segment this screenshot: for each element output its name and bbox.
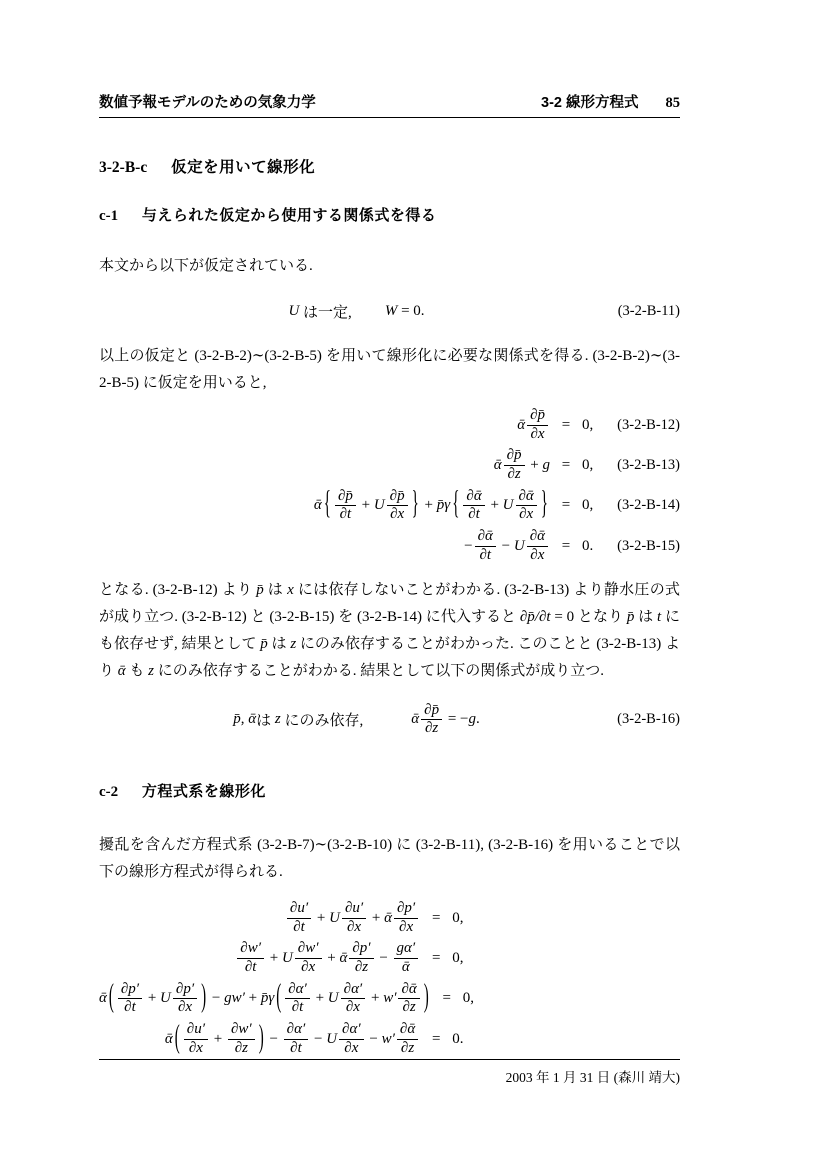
math-jp-text: を — [334, 609, 357, 625]
equation-rhs: 0. — [452, 1031, 680, 1048]
math-roman-text: ∂ — [235, 1040, 242, 1056]
math-italic-text: x — [538, 426, 545, 442]
math-roman-text: ∂ — [352, 940, 359, 956]
fraction-denominator: ∂t — [284, 1039, 309, 1058]
equation-lhs: −∂ᾱ∂t − U∂ᾱ∂x — [99, 528, 550, 564]
subsection-title: 与えられた仮定から使用する関係式を得る — [142, 207, 437, 224]
fraction-numerator: ∂ᾱ — [527, 528, 548, 546]
math-jp-text: には依存しないことがわかる. — [294, 582, 504, 598]
document-page: 数値予報モデルのための気象力学 3-2 線形方程式 85 3-2-B-c 仮定を… — [99, 0, 680, 1061]
math-italic-text: p̄ — [397, 488, 405, 504]
math-italic-text: ᾱ — [384, 910, 392, 927]
math-roman-text: + — [368, 910, 384, 927]
math-roman-text: (3-2-B-13) — [504, 582, 569, 598]
header-book-title: 数値予報モデルのための気象力学 — [99, 91, 316, 112]
open-delimiter-icon: { — [452, 488, 459, 525]
equation-relation: = — [426, 910, 446, 927]
fraction-numerator: ∂w′ — [237, 940, 264, 958]
equation-lhs: ᾱ(∂p′∂t + U∂p′∂x) − gw′ + p̄γ(∂α′∂t + U… — [99, 981, 431, 1017]
fraction-numerator: ∂ᾱ — [516, 488, 537, 506]
math-jp-text: 本文から以下が仮定されている. — [99, 258, 313, 274]
fraction-denominator: ∂t — [118, 998, 142, 1017]
math-roman-text: = 0. — [397, 303, 424, 320]
math-jp-text: と — [247, 609, 270, 625]
equation-lhs: ᾱ{∂p̄∂t + U∂p̄∂x} + p̄γ{∂ᾱ∂t + U∂ᾱ∂x} — [99, 488, 550, 524]
math-jp-text: にのみ依存することがわかった. このことと — [296, 636, 596, 652]
equation-lhs: ∂u′∂t + U∂u′∂x + ᾱ∂p′∂x — [99, 900, 420, 936]
math-fraction: ∂ᾱ∂t — [475, 528, 496, 564]
delimited-group-body: ∂α′∂t + U∂α′∂x + w′∂ᾱ∂z — [283, 981, 422, 1017]
equation-rhs: 0, — [582, 417, 608, 434]
math-jp-text: に — [392, 837, 416, 853]
page-footer: 2003 年 1 月 31 日 (森川 靖大) — [99, 1059, 680, 1086]
fraction-numerator: ∂p′ — [118, 981, 142, 999]
paragraph-assumptions-intro: 本文から以下が仮定されている. — [99, 253, 680, 280]
math-italic-text: w′ — [382, 1031, 395, 1048]
fraction-numerator: ∂p′ — [173, 981, 197, 999]
page-background: { "header": { "left_title": "数値予報モデルのための… — [0, 0, 826, 1169]
math-jp-text: も — [126, 663, 149, 679]
math-roman-text: − — [464, 538, 472, 555]
math-roman-text: = − — [444, 711, 468, 728]
fraction-numerator: ∂ᾱ — [398, 981, 419, 999]
fraction-numerator: ∂w′ — [295, 940, 322, 958]
math-fraction: ∂p̄∂z — [421, 702, 442, 738]
math-italic-text: w′ — [248, 940, 261, 956]
math-italic-text: t — [347, 506, 351, 522]
equation-row: ᾱ{∂p̄∂t + U∂p̄∂x} + p̄γ{∂ᾱ∂t + U∂ᾱ∂x}… — [99, 488, 680, 524]
math-roman-text: ∂ — [240, 940, 247, 956]
math-italic-text: α′ — [296, 981, 307, 997]
fraction-denominator: ∂x — [394, 918, 418, 937]
math-italic-text: U — [328, 990, 339, 1007]
math-fraction: ∂α′∂t — [284, 1021, 309, 1057]
fraction-numerator: ∂u′ — [342, 900, 366, 918]
open-delimiter-icon: { — [324, 488, 331, 525]
equation-rhs: 0, — [463, 990, 680, 1007]
fraction-denominator: ∂z — [398, 998, 419, 1017]
math-roman-text: ∂ — [530, 547, 537, 563]
open-delimiter-icon: ( — [109, 981, 114, 1018]
equation-3-2-B-11: U は一定,W = 0. (3-2-B-11) — [99, 301, 680, 322]
fraction-denominator: ∂t — [285, 998, 310, 1017]
math-roman-text: ∂ — [519, 488, 526, 504]
equation-tag: (3-2-B-13) — [614, 457, 680, 474]
delimited-group-body: ∂ᾱ∂t + U∂ᾱ∂x — [461, 488, 538, 524]
math-jp-text: 擾乱を含んだ方程式系 — [99, 837, 257, 853]
equation-relation: = — [426, 1031, 446, 1048]
math-jp-text: に仮定を用いると, — [139, 375, 267, 391]
math-fraction: ∂p̄∂x — [527, 407, 548, 443]
math-jp-text: は — [634, 609, 657, 625]
math-italic-text: t — [487, 547, 491, 563]
math-italic-text: p̄ — [256, 582, 264, 598]
math-roman-text: + — [367, 990, 383, 1007]
fraction-numerator: ∂α′ — [284, 1021, 309, 1039]
math-fraction: ∂w′∂t — [237, 940, 264, 976]
fraction-denominator: ∂z — [228, 1039, 255, 1058]
equation-lhs: ᾱ∂p̄∂x — [99, 407, 550, 443]
equation-row: ᾱ(∂p′∂t + U∂p′∂x) − gw′ + p̄γ(∂α′∂t + U… — [99, 981, 680, 1017]
fraction-denominator: ∂z — [504, 465, 525, 484]
math-italic-text: x — [309, 959, 316, 975]
math-roman-text: ∂ — [124, 999, 131, 1015]
math-fraction: ∂p̄∂x — [387, 488, 408, 524]
math-roman-text: ∂ — [287, 1021, 294, 1037]
equation-relation: = — [556, 538, 576, 555]
math-jp-text: は一定, — [299, 301, 352, 322]
math-italic-text: x — [527, 506, 534, 522]
math-roman-text: − — [266, 1031, 282, 1048]
fraction-denominator: ∂z — [397, 1039, 418, 1058]
subsection-number: c-2 — [99, 784, 118, 800]
equation-row: ∂u′∂t + U∂u′∂x + ᾱ∂p′∂x=0, — [99, 900, 680, 936]
equation-rhs: 0, — [582, 497, 608, 514]
math-italic-text: U — [329, 910, 340, 927]
math-italic-text: U — [503, 497, 514, 514]
math-jp-text: は — [264, 582, 287, 598]
paragraph-derivation: となる. (3-2-B-12) より p̄ は x には依存しないことがわかる.… — [99, 577, 680, 685]
equation-3-2-B-16: p̄, ᾱは z にのみ依存,ᾱ∂p̄∂z = −g. (3-2-B-16) — [99, 702, 680, 738]
fraction-numerator: ∂α′ — [285, 981, 310, 999]
math-italic-text: x — [398, 506, 405, 522]
fraction-denominator: ∂t — [463, 505, 484, 524]
fraction-denominator: ∂x — [339, 1039, 364, 1058]
open-delimiter-icon: ( — [175, 1021, 180, 1058]
fraction-denominator: ᾱ — [394, 958, 419, 977]
math-fraction: ∂w′∂x — [295, 940, 322, 976]
math-italic-text: t — [299, 999, 303, 1015]
math-jp-text: を用いて線形化に必要な関係式を得る. — [322, 348, 593, 364]
math-italic-text: x — [287, 582, 294, 598]
math-italic-text: x — [353, 999, 360, 1015]
fraction-numerator: ∂u′ — [287, 900, 311, 918]
math-roman-text: ∂ — [530, 528, 537, 544]
header-section-title: 3-2 線形方程式 — [541, 91, 639, 112]
math-jp-text: は — [268, 636, 291, 652]
equation-row: −∂ᾱ∂t − U∂ᾱ∂x=0.(3-2-B-15) — [99, 528, 680, 564]
math-roman-text: ∂ — [288, 981, 295, 997]
math-delimited-group: (∂α′∂t + U∂α′∂x + w′∂ᾱ∂z) — [274, 981, 431, 1017]
fraction-denominator: ∂x — [295, 958, 322, 977]
math-italic-text: x — [354, 919, 361, 935]
header-right-group: 3-2 線形方程式 85 — [541, 91, 680, 112]
math-italic-text: gw′ — [224, 990, 245, 1007]
math-italic-text: ᾱ — [409, 981, 417, 997]
math-delimited-group: (∂p′∂t + U∂p′∂x) — [107, 981, 208, 1017]
equation-row: ᾱ∂p̄∂x=0,(3-2-B-12) — [99, 407, 680, 443]
close-delimiter-icon: ) — [201, 981, 206, 1018]
equation-relation: = — [426, 950, 446, 967]
equation-relation: = — [556, 417, 576, 434]
math-roman-text: + — [358, 497, 374, 514]
equation-group-linear-system: ∂u′∂t + U∂u′∂x + ᾱ∂p′∂x=0,∂w′∂t + U∂w′∂… — [99, 900, 680, 1058]
math-roman-text: ∂ — [466, 488, 473, 504]
math-roman-text: − — [310, 1031, 326, 1048]
math-delimited-group: {∂p̄∂t + U∂p̄∂x} — [322, 488, 421, 524]
math-roman-text: ∂ — [340, 506, 347, 522]
equation-lhs: ∂w′∂t + U∂w′∂x + ᾱ∂p′∂z − gα′ᾱ — [99, 940, 420, 976]
math-roman-text: (3-2-B-13) — [596, 636, 661, 652]
math-roman-text: + — [245, 990, 261, 1007]
math-fraction: ∂α′∂x — [341, 981, 366, 1017]
math-italic-text: ᾱ — [314, 497, 322, 514]
math-italic-text: p̄ — [514, 447, 522, 463]
math-fraction: ∂p′∂x — [394, 900, 418, 936]
math-roman-text: ∂ — [530, 426, 537, 442]
math-roman-text: (3-2-B-15) — [269, 609, 334, 625]
fraction-denominator: ∂x — [527, 546, 548, 565]
math-fraction: ∂u′∂x — [184, 1021, 208, 1057]
math-fraction: ∂ᾱ∂x — [516, 488, 537, 524]
equation-tag: (3-2-B-11) — [614, 303, 680, 320]
math-italic-text: p̄ — [432, 702, 440, 718]
math-italic-text: z — [242, 1040, 248, 1056]
math-roman-text: ∂ — [301, 959, 308, 975]
fraction-denominator: ∂t — [237, 958, 264, 977]
equation-tag: (3-2-B-12) — [614, 417, 680, 434]
fraction-denominator: ∂x — [341, 998, 366, 1017]
equation-relation: = — [556, 457, 576, 474]
math-roman-text: + — [324, 950, 340, 967]
math-italic-text: ᾱ — [339, 950, 347, 967]
math-roman-text: ∂ — [390, 488, 397, 504]
math-fraction: ∂α′∂x — [339, 1021, 364, 1057]
equation-rhs: 0, — [452, 950, 680, 967]
math-roman-text: ∂ — [403, 999, 410, 1015]
math-fraction: ∂p̄∂z — [504, 447, 525, 483]
math-fraction: ∂ᾱ∂z — [397, 1021, 418, 1057]
math-italic-text: z — [515, 466, 521, 482]
math-italic-text: U — [326, 1031, 337, 1048]
fraction-denominator: ∂z — [349, 958, 373, 977]
fraction-numerator: ∂p̄ — [335, 488, 356, 506]
math-fraction: ∂w′∂z — [228, 1021, 255, 1057]
math-italic-text: p̄ — [260, 636, 268, 652]
math-italic-text: ᾱ — [411, 711, 419, 728]
math-italic-text: ᾱ — [407, 1021, 415, 1037]
math-italic-text: w′ — [305, 940, 318, 956]
fraction-denominator: ∂x — [184, 1039, 208, 1058]
math-roman-text: = 0 — [551, 609, 575, 625]
equation-rhs: 0, — [452, 910, 680, 927]
equation-lhs: ᾱ∂p̄∂z + g — [99, 447, 550, 483]
math-italic-text: p′ — [404, 900, 415, 916]
math-roman-text: + — [421, 497, 437, 514]
equation-rhs: 0. — [582, 538, 608, 555]
math-roman-text: + — [312, 990, 328, 1007]
math-roman-text: + — [487, 497, 503, 514]
math-delimited-group: {∂ᾱ∂t + U∂ᾱ∂x} — [450, 488, 550, 524]
footer-date-author: 2003 年 1 月 31 日 (森川 靖大) — [506, 1070, 680, 1085]
math-roman-text: − — [366, 1031, 382, 1048]
math-roman-text: (3-2-B-7)∼(3-2-B-10) — [257, 837, 392, 853]
math-italic-text: ᾱ — [248, 711, 256, 728]
math-roman-text: + — [210, 1031, 226, 1048]
math-italic-text: t — [252, 959, 256, 975]
equation-tag: (3-2-B-15) — [614, 538, 680, 555]
close-delimiter-icon: } — [412, 488, 419, 525]
page-header: 数値予報モデルのための気象力学 3-2 線形方程式 85 — [99, 0, 680, 118]
math-roman-text: ∂ — [390, 506, 397, 522]
section-number: 3-2-B-c — [99, 159, 147, 176]
math-italic-text: U — [514, 538, 525, 555]
math-italic-text: u′ — [352, 900, 363, 916]
math-fraction: ∂ᾱ∂z — [398, 981, 419, 1017]
fraction-numerator: ∂ᾱ — [397, 1021, 418, 1039]
math-italic-text: U — [160, 990, 171, 1007]
math-italic-text: z — [362, 959, 368, 975]
math-roman-text: ∂ — [424, 702, 431, 718]
math-fraction: ∂p′∂t — [118, 981, 142, 1017]
math-italic-text: w′ — [238, 1021, 251, 1037]
math-roman-text: ∂ — [478, 528, 485, 544]
math-fraction: ∂ᾱ∂t — [463, 488, 484, 524]
math-italic-text: α′ — [349, 1021, 360, 1037]
math-italic-text: ᾱ — [485, 528, 493, 544]
fraction-numerator: ∂p̄ — [421, 702, 442, 720]
math-italic-text: ᾱ — [474, 488, 482, 504]
math-delimited-group: (∂u′∂x + ∂w′∂z) — [173, 1021, 266, 1057]
math-italic-text: α′ — [294, 1021, 305, 1037]
paragraph-linearize-intro: 擾乱を含んだ方程式系 (3-2-B-7)∼(3-2-B-10) に (3-2-B… — [99, 832, 680, 886]
math-roman-text: ∂ — [344, 981, 351, 997]
math-jp-text: は — [256, 709, 275, 730]
header-page-number: 85 — [666, 95, 681, 112]
fraction-numerator: ∂w′ — [228, 1021, 255, 1039]
math-fraction: ∂p′∂z — [349, 940, 373, 976]
math-roman-text: ∂ — [507, 447, 514, 463]
close-delimiter-icon: ) — [424, 981, 429, 1018]
math-italic-text: p̄γ — [261, 990, 274, 1007]
math-jp-text: に代入すると — [422, 609, 520, 625]
math-roman-text: . — [476, 711, 480, 728]
math-roman-text: ∂ — [519, 506, 526, 522]
math-italic-text: p̄γ — [437, 497, 450, 514]
fraction-numerator: ∂α′ — [341, 981, 366, 999]
math-italic-text: W — [385, 303, 398, 320]
math-roman-text: ∂ — [401, 981, 408, 997]
equation-rhs: 0, — [582, 457, 608, 474]
math-italic-text: z — [408, 1040, 414, 1056]
math-jp-text: より — [218, 582, 257, 598]
math-italic-text: ∂p̄/∂t — [520, 609, 551, 625]
section-heading: 3-2-B-c 仮定を用いて線形化 — [99, 155, 680, 177]
subsection-heading-c1: c-1 与えられた仮定から使用する関係式を得る — [99, 204, 680, 225]
fraction-numerator: ∂p̄ — [504, 447, 525, 465]
math-roman-text: (3-2-B-14) — [357, 609, 422, 625]
equation-lhs: ᾱ(∂u′∂x + ∂w′∂z) − ∂α′∂t − U∂α′∂x − w′∂… — [99, 1021, 420, 1057]
math-roman-text: (3-2-B-11), (3-2-B-16) — [416, 837, 553, 853]
math-italic-text: ᾱ — [526, 488, 534, 504]
math-roman-text: ∂ — [468, 506, 475, 522]
close-delimiter-icon: ) — [259, 1021, 264, 1058]
math-roman-text: − — [376, 950, 392, 967]
subsection-heading-c2: c-2 方程式系を線形化 — [99, 780, 680, 801]
math-italic-text: x — [352, 1040, 359, 1056]
fraction-numerator: ∂u′ — [184, 1021, 208, 1039]
math-italic-text: ᾱ — [402, 959, 410, 975]
math-italic-text: ᾱ — [165, 1031, 173, 1048]
fraction-numerator: ∂ᾱ — [463, 488, 484, 506]
math-italic-text: g — [468, 711, 476, 728]
close-delimiter-icon: } — [541, 488, 548, 525]
equation-relation: = — [556, 497, 576, 514]
math-roman-text: + — [313, 910, 329, 927]
math-roman-text: (3-2-B-12) — [182, 609, 247, 625]
math-italic-text: U — [374, 497, 385, 514]
fraction-numerator: ∂α′ — [339, 1021, 364, 1039]
math-italic-text: U — [282, 950, 293, 967]
math-italic-text: ᾱ — [118, 663, 126, 679]
math-fraction: ∂α′∂t — [285, 981, 310, 1017]
fraction-denominator: ∂x — [342, 918, 366, 937]
math-italic-text: p′ — [128, 981, 139, 997]
paragraph-relations-intro: 以上の仮定と (3-2-B-2)∼(3-2-B-5) を用いて線形化に必要な関係… — [99, 343, 680, 397]
equation-tag: (3-2-B-14) — [614, 497, 680, 514]
math-italic-text: p′ — [183, 981, 194, 997]
math-italic-text: z — [432, 720, 438, 736]
math-fraction: gα′ᾱ — [394, 940, 419, 976]
delimited-group-body: ∂p′∂t + U∂p′∂x — [116, 981, 199, 1017]
math-jp-text: 以上の仮定と — [99, 348, 194, 364]
subsection-title: 方程式系を線形化 — [142, 783, 266, 800]
fraction-denominator: ∂x — [387, 505, 408, 524]
math-italic-text: p̄ — [538, 407, 546, 423]
delimited-group-body: ∂u′∂x + ∂w′∂z — [182, 1021, 257, 1057]
math-fraction: ∂u′∂t — [287, 900, 311, 936]
math-jp-text: にのみ依存することがわかる. 結果として以下の関係式が成り立つ. — [154, 663, 604, 679]
math-roman-text: (3-2-B-12) — [153, 582, 218, 598]
math-italic-text: u′ — [194, 1021, 205, 1037]
math-roman-text: (3-2-B-2)∼(3-2-B-5) — [194, 348, 322, 364]
equation-group-12-15: ᾱ∂p̄∂x=0,(3-2-B-12)ᾱ∂p̄∂z + g=0,(3-2-B… — [99, 407, 680, 565]
math-roman-text: + — [266, 950, 282, 967]
math-fraction: ∂ᾱ∂x — [527, 528, 548, 564]
equation-row: ∂w′∂t + U∂w′∂x + ᾱ∂p′∂z − gα′ᾱ=0, — [99, 940, 680, 976]
equation-body: U は一定,W = 0. — [99, 301, 614, 322]
math-fraction: ∂u′∂x — [342, 900, 366, 936]
section-title: 仮定を用いて線形化 — [171, 159, 315, 176]
math-italic-text: ᾱ — [517, 417, 525, 434]
math-italic-text: t — [301, 919, 305, 935]
math-italic-text: u′ — [297, 900, 308, 916]
fraction-numerator: gα′ — [394, 940, 419, 958]
math-italic-text: U — [288, 303, 299, 320]
fraction-denominator: ∂t — [287, 918, 311, 937]
math-roman-text: − — [208, 990, 224, 1007]
math-roman-text: ∂ — [344, 1040, 351, 1056]
math-italic-text: t — [298, 1040, 302, 1056]
math-italic-text: g — [543, 457, 551, 474]
delimited-group-body: ∂p̄∂t + U∂p̄∂x — [333, 488, 410, 524]
math-roman-text: + — [144, 990, 160, 1007]
equation-body: p̄, ᾱは z にのみ依存,ᾱ∂p̄∂z = −g. — [99, 702, 614, 738]
math-italic-text: α′ — [351, 981, 362, 997]
subsection-number: c-1 — [99, 208, 118, 224]
math-roman-text: + — [527, 457, 543, 474]
open-delimiter-icon: ( — [276, 981, 281, 1018]
math-italic-text: ᾱ — [537, 528, 545, 544]
math-italic-text: p̄ — [345, 488, 353, 504]
equation-row: ᾱ(∂u′∂x + ∂w′∂z) − ∂α′∂t − U∂α′∂x − w′∂… — [99, 1021, 680, 1057]
fraction-denominator: ∂x — [527, 425, 548, 444]
fraction-denominator: ∂z — [421, 719, 442, 738]
math-italic-text: ᾱ — [99, 990, 107, 1007]
math-italic-text: x — [196, 1040, 203, 1056]
fraction-numerator: ∂p̄ — [387, 488, 408, 506]
fraction-numerator: ∂p′ — [349, 940, 373, 958]
